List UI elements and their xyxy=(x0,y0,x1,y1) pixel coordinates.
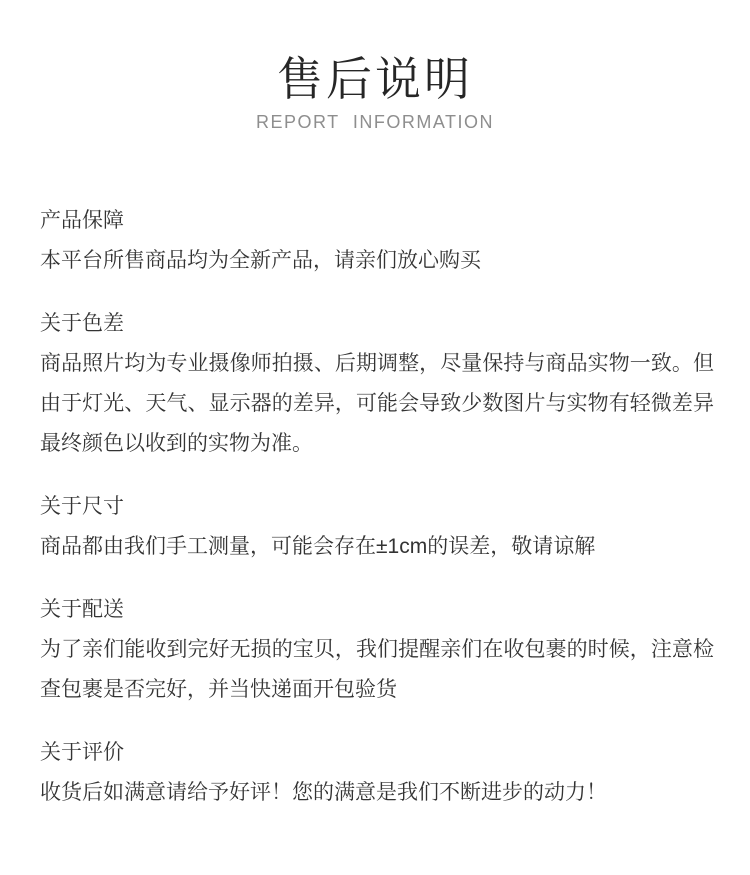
section-product-guarantee: 产品保障 本平台所售商品均为全新产品，请亲们放心购买 xyxy=(40,201,714,281)
section-heading: 关于配送 xyxy=(40,590,714,630)
section-body: 本平台所售商品均为全新产品，请亲们放心购买 xyxy=(40,241,714,281)
section-body: 收货后如满意请给予好评！您的满意是我们不断进步的动力！ xyxy=(40,773,714,813)
section-heading: 关于色差 xyxy=(40,304,714,344)
section-review: 关于评价 收货后如满意请给予好评！您的满意是我们不断进步的动力！ xyxy=(40,733,714,813)
page-subtitle: REPORT INFORMATION xyxy=(0,111,750,134)
section-size: 关于尺寸 商品都由我们手工测量，可能会存在±1cm的误差，敬请谅解 xyxy=(40,487,714,567)
section-heading: 关于尺寸 xyxy=(40,487,714,527)
section-delivery: 关于配送 为了亲们能收到完好无损的宝贝，我们提醒亲们在收包裹的时候，注意检查包裹… xyxy=(40,590,714,710)
section-heading: 关于评价 xyxy=(40,733,714,773)
section-body: 商品照片均为专业摄像师拍摄、后期调整，尽量保持与商品实物一致。但由于灯光、天气、… xyxy=(40,344,714,464)
section-body: 商品都由我们手工测量，可能会存在±1cm的误差，敬请谅解 xyxy=(40,527,714,567)
after-sales-info-page: 售后说明 REPORT INFORMATION 产品保障 本平台所售商品均为全新… xyxy=(0,0,750,875)
section-color-difference: 关于色差 商品照片均为专业摄像师拍摄、后期调整，尽量保持与商品实物一致。但由于灯… xyxy=(40,304,714,464)
section-body: 为了亲们能收到完好无损的宝贝，我们提醒亲们在收包裹的时候，注意检查包裹是否完好，… xyxy=(40,630,714,710)
section-heading: 产品保障 xyxy=(40,201,714,241)
sections-content: 产品保障 本平台所售商品均为全新产品，请亲们放心购买 关于色差 商品照片均为专业… xyxy=(0,201,750,813)
page-title: 售后说明 xyxy=(0,52,750,107)
title-block: 售后说明 REPORT INFORMATION xyxy=(0,52,750,135)
